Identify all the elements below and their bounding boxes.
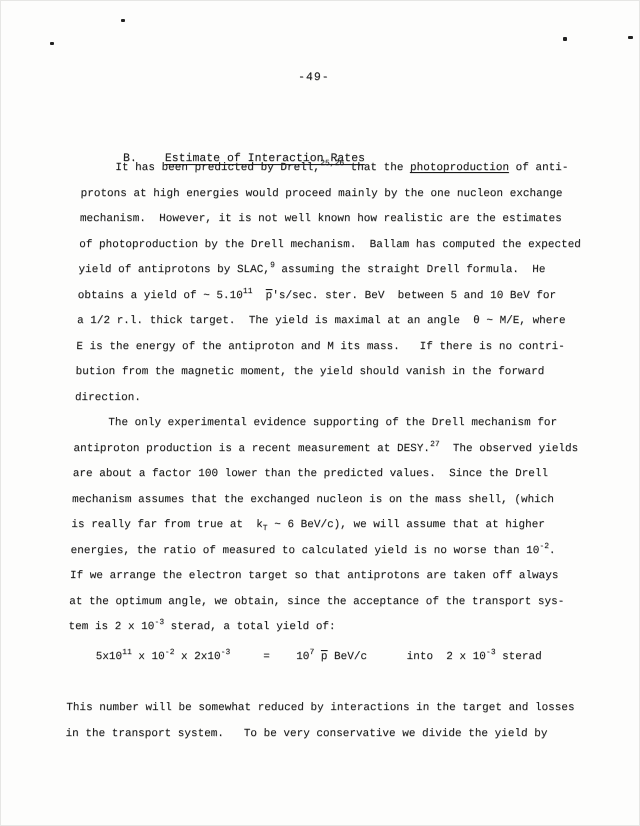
text-line: in the transport system. To be very cons… — [65, 722, 606, 748]
page-number: -49- — [84, 0, 546, 86]
text-line: are about a factor 100 lower than the pr… — [72, 462, 613, 488]
text-line: yield of antiprotons by SLAC,9 assuming … — [78, 258, 619, 284]
text-line: The only experimental evidence supportin… — [74, 411, 615, 437]
equation-line: 5x1011 x 10-2 x 2x10-3 = 107 p BeV/c int… — [67, 645, 608, 671]
page-content: -49- B.Estimate of Interaction Rates It … — [65, 0, 626, 747]
scan-speck — [628, 36, 633, 39]
scan-speck — [563, 37, 567, 41]
text-line: energies, the ratio of measured to calcu… — [70, 539, 611, 565]
scan-speck — [50, 42, 54, 45]
section-heading: B.Estimate of Interaction Rates — [82, 135, 622, 151]
text-line: It has been predicted by Drell,25,26 tha… — [81, 156, 622, 182]
text-line: This number will be somewhat reduced by … — [66, 696, 607, 722]
text-line: is really far from true at kT ~ 6 BeV/c)… — [71, 513, 612, 539]
text-line: mechanism. However, it is not well known… — [80, 207, 621, 233]
text-line: E is the energy of the antiproton and M … — [76, 335, 617, 361]
document-page: -49- B.Estimate of Interaction Rates It … — [0, 0, 640, 826]
text-line: of photoproduction by the Drell mechanis… — [79, 233, 620, 259]
text-line: antiproton production is a recent measur… — [73, 437, 614, 463]
text-line: a 1/2 r.l. thick target. The yield is ma… — [77, 309, 618, 335]
document-body: It has been predicted by Drell,25,26 tha… — [65, 156, 622, 747]
text-line: protons at high energies would proceed m… — [80, 182, 621, 208]
scan-speck — [121, 19, 125, 22]
text-line: If we arrange the electron target so tha… — [70, 564, 611, 590]
text-line: tem is 2 x 10-3 sterad, a total yield of… — [68, 615, 609, 641]
text-line: obtains a yield of ~ 5.1011 p's/sec. ste… — [77, 284, 618, 310]
text-line: bution from the magnetic moment, the yie… — [75, 360, 616, 386]
text-line: direction. — [75, 386, 616, 412]
text-line: mechanism assumes that the exchanged nuc… — [72, 488, 613, 514]
text-line: at the optimum angle, we obtain, since t… — [69, 590, 610, 616]
